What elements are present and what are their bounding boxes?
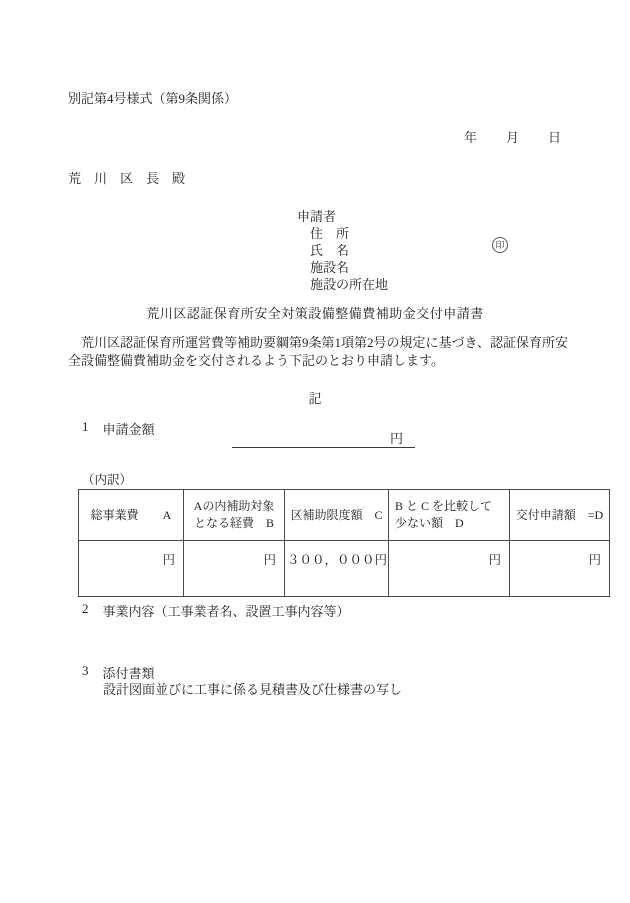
body-line-1: 荒川区認証保育所運営費等補助要綱第9条第1項第2号の規定に基づき、認証保育所安	[68, 334, 580, 352]
section-3-number: 3	[82, 663, 89, 682]
cell-subsidy-limit: ３００，０００円	[285, 541, 389, 597]
table-row: 円 円 ３００，０００円 円 円	[79, 541, 610, 597]
section-3-detail: 設計図面並びに工事に係る見積書及び仕様書の写し	[103, 679, 402, 698]
addressee: 荒 川 区 長 殿	[68, 168, 185, 187]
cell-total-cost: 円	[79, 541, 184, 597]
cell-lesser-amount: 円	[389, 541, 510, 597]
form-id: 別記第4号様式（第9条関係）	[68, 88, 237, 107]
document-page: 別記第4号様式（第9条関係） 年 月 日 荒 川 区 長 殿 申請者 住 所 氏…	[0, 0, 630, 903]
facility-address-label: 施設の所在地	[310, 274, 388, 293]
breakdown-table: 総事業費 A Aの内補助対象 となる経費 B 区補助限度額 C B と C を比…	[78, 489, 610, 597]
section-2-title: 事業内容（工事業者名、設置工事内容等）	[103, 601, 350, 620]
record-mark: 記	[0, 388, 630, 407]
header-lesser-amount: B と C を比較して 少ない額 D	[389, 490, 510, 541]
header-eligible-expense: Aの内補助対象 となる経費 B	[184, 490, 285, 541]
section-2-heading: 2 事業内容（工事業者名、設置工事内容等）	[82, 601, 350, 620]
amount-fill-in-line: 円	[232, 430, 415, 448]
header-application-amount: 交付申請額 =D	[510, 490, 610, 541]
document-title: 荒川区認証保育所安全対策設備整備費補助金交付申請書	[0, 303, 630, 322]
section-1-number: 1	[82, 419, 89, 438]
section-1-heading: 1 申請金額	[82, 419, 155, 438]
section-2-number: 2	[82, 601, 89, 620]
body-paragraph: 荒川区認証保育所運営費等補助要綱第9条第1項第2号の規定に基づき、認証保育所安 …	[68, 334, 580, 369]
seal-icon: 印	[492, 237, 508, 253]
breakdown-label: （内訳）	[82, 470, 132, 488]
date-line: 年 月 日	[464, 127, 562, 146]
section-1-title: 申請金額	[103, 419, 155, 438]
header-total-cost: 総事業費 A	[79, 490, 184, 541]
body-line-2: 全設備整備費補助金を交付されるよう下記のとおり申請します。	[68, 352, 580, 370]
cell-eligible-expense: 円	[184, 541, 285, 597]
table-header-row: 総事業費 A Aの内補助対象 となる経費 B 区補助限度額 C B と C を比…	[79, 490, 610, 541]
cell-application-amount: 円	[510, 541, 610, 597]
header-subsidy-limit: 区補助限度額 C	[285, 490, 389, 541]
